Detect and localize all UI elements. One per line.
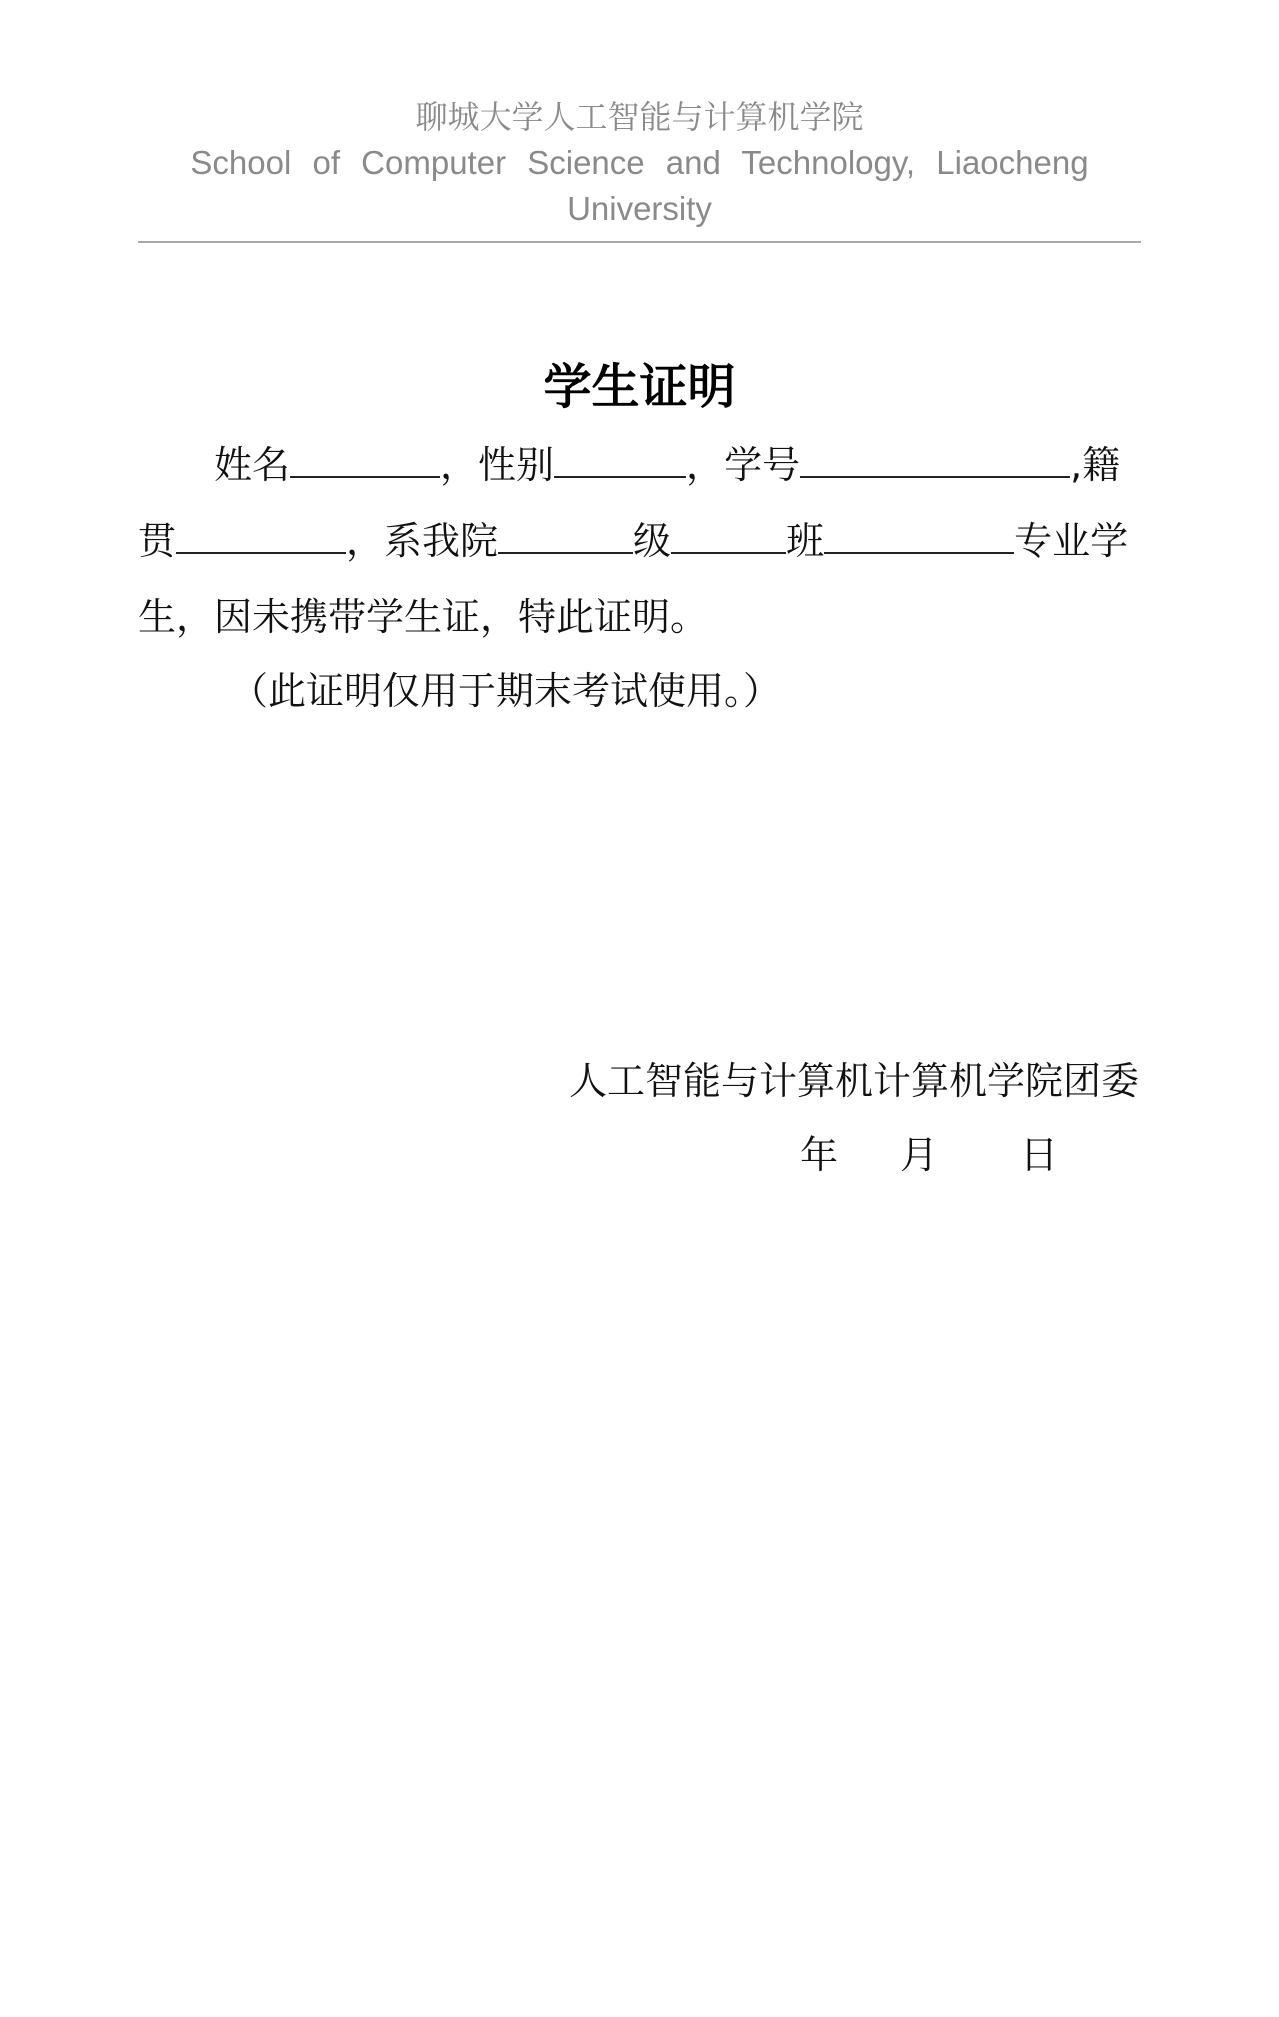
document-title: 学生证明 <box>0 348 1279 417</box>
class-blank[interactable] <box>671 518 786 554</box>
header-institution-cn: 聊城大学人工智能与计算机学院 <box>0 92 1279 138</box>
native-place-label-end: 贯 <box>138 519 176 563</box>
native-place-label-start: 籍 <box>1082 443 1120 487</box>
comma: ， <box>440 443 478 487</box>
grade-label: 级 <box>633 519 671 563</box>
header-divider <box>138 241 1141 243</box>
date-day: 日 <box>1020 1124 1058 1179</box>
native-place-blank[interactable] <box>176 518 346 554</box>
comma: ， <box>686 443 724 487</box>
name-label: 姓名 <box>214 443 290 487</box>
signature-issuer: 人工智能与计算机计算机学院团委 <box>569 1050 1139 1105</box>
student-id-label: 学号 <box>724 443 800 487</box>
major-blank[interactable] <box>824 518 1014 554</box>
name-blank[interactable] <box>290 442 440 478</box>
comma: , <box>1070 443 1082 487</box>
gender-label: 性别 <box>478 443 554 487</box>
gender-blank[interactable] <box>554 442 686 478</box>
date-month: 月 <box>900 1124 1020 1179</box>
signature-date: 年月日 <box>800 1124 1058 1179</box>
grade-blank[interactable] <box>498 518 633 554</box>
student-id-blank[interactable] <box>800 442 1070 478</box>
body-line-1: 姓名，性别，学号,籍 <box>138 440 1141 490</box>
comma: ， <box>346 519 384 563</box>
college-prefix: 系我院 <box>384 519 498 563</box>
body-line-3: 生，因未携带学生证，特此证明。 <box>138 592 1141 642</box>
usage-note: （此证明仅用于期末考试使用。） <box>230 666 1130 716</box>
body-line-2: 贯，系我院级班专业学 <box>138 516 1141 566</box>
major-suffix: 专业学 <box>1014 519 1128 563</box>
date-year: 年 <box>800 1124 900 1179</box>
header-institution-en: School of Computer Science and Technolog… <box>180 140 1099 232</box>
class-label: 班 <box>786 519 824 563</box>
